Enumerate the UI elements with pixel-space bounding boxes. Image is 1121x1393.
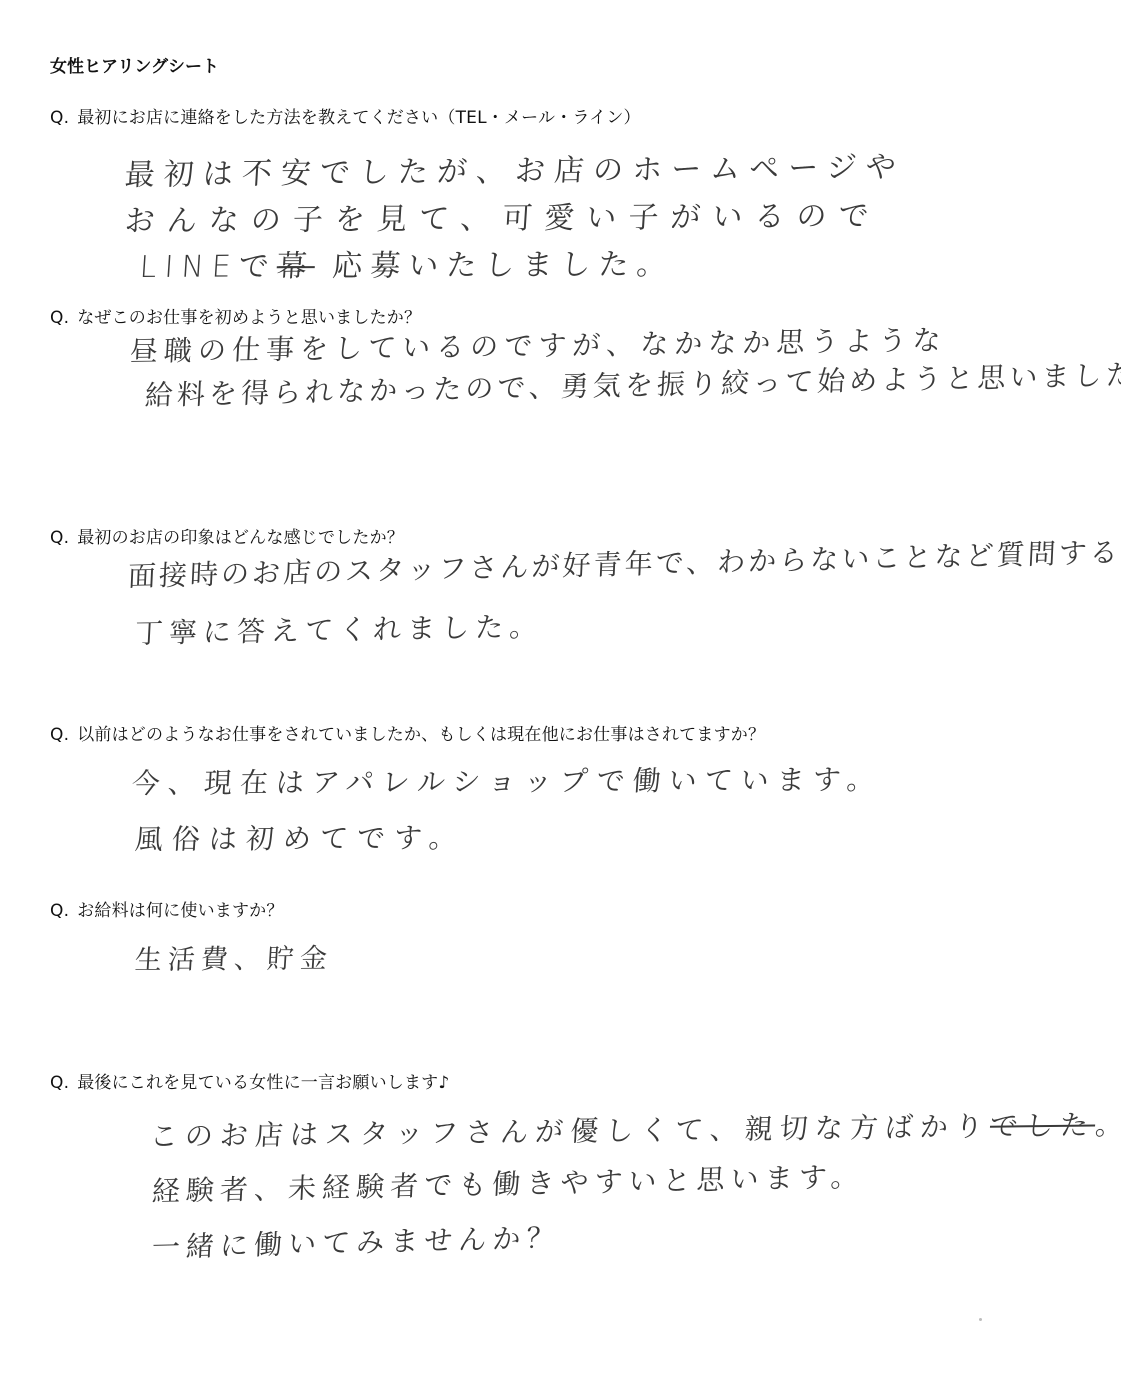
answer-1-line-3: LINEで幕 応募いたしました。 — [139, 239, 677, 286]
answer-1-line-1: 最初は不安でしたが、お店のホームページや — [124, 142, 907, 194]
question-prefix: Q. — [50, 308, 69, 328]
answer-6-line-2: 経験者、未経験者でも働きやすいと思います。 — [151, 1155, 866, 1210]
answer-6-line-3: 一緒に働いてみませんか？ — [151, 1216, 561, 1266]
question-3: Q.最初のお店の印象はどんな感じでしたか？ — [50, 523, 404, 548]
question-text: 最後にこれを見ている女性に一言お願いします♪ — [77, 1073, 449, 1093]
answer-4-line-2: 風俗は初めてです。 — [134, 816, 467, 858]
answer-6-line-1: このお店はスタッフさんが優しくて、親切な方ばかりでした。なので、 — [149, 1101, 1121, 1155]
question-text: 最初にお店に連絡をした方法を教えてください（TEL・メール・ライン） — [77, 108, 641, 128]
sheet-title: 女性ヒアリングシート — [50, 52, 219, 77]
question-prefix: Q. — [50, 1073, 69, 1093]
answer-1-line-3-start: LINEで — [139, 249, 278, 285]
answer-4-line-1: 今、現在はアパレルショップで働いています。 — [131, 758, 884, 802]
question-prefix: Q. — [50, 528, 69, 548]
answer-6-line-1-start: このお店はスタッフさんが優しくて、親切な方ばかり — [149, 1110, 991, 1153]
question-text: 以前はどのようなお仕事をされていましたか、もしくは現在他にお仕事はされてますか？ — [77, 725, 765, 745]
answer-1-struck-word: 幕 — [276, 249, 316, 284]
question-text: 最初のお店の印象はどんな感じでしたか？ — [77, 528, 404, 548]
answer-5-line-1: 生活費、貯金 — [134, 936, 335, 977]
question-4: Q.以前はどのようなお仕事をされていましたか、もしくは現在他にお仕事はされてます… — [50, 720, 765, 745]
question-2: Q.なぜこのお仕事を初めようと思いましたか？ — [50, 303, 421, 328]
answer-1-line-2: おんなの子を見て、可愛い子がいるので — [124, 191, 883, 240]
answer-3-line-2: 丁寧に答えてくれました。 — [134, 605, 545, 652]
question-text: お給料は何に使いますか？ — [77, 901, 283, 921]
answer-6-struck-word: でした — [989, 1108, 1096, 1142]
question-prefix: Q. — [50, 108, 69, 128]
question-prefix: Q. — [50, 901, 69, 921]
question-prefix: Q. — [50, 725, 69, 745]
question-text: なぜこのお仕事を初めようと思いましたか？ — [77, 308, 421, 328]
answer-1-line-3-rest: 応募いたしました。 — [331, 247, 675, 284]
scan-speck — [979, 1318, 982, 1321]
question-1: Q.最初にお店に連絡をした方法を教えてください（TEL・メール・ライン） — [50, 103, 641, 128]
question-5: Q.お給料は何に使いますか？ — [50, 896, 284, 921]
question-6: Q.最後にこれを見ている女性に一言お願いします♪ — [50, 1068, 449, 1093]
answer-6-line-1-rest: 。なので、 — [1094, 1106, 1121, 1141]
